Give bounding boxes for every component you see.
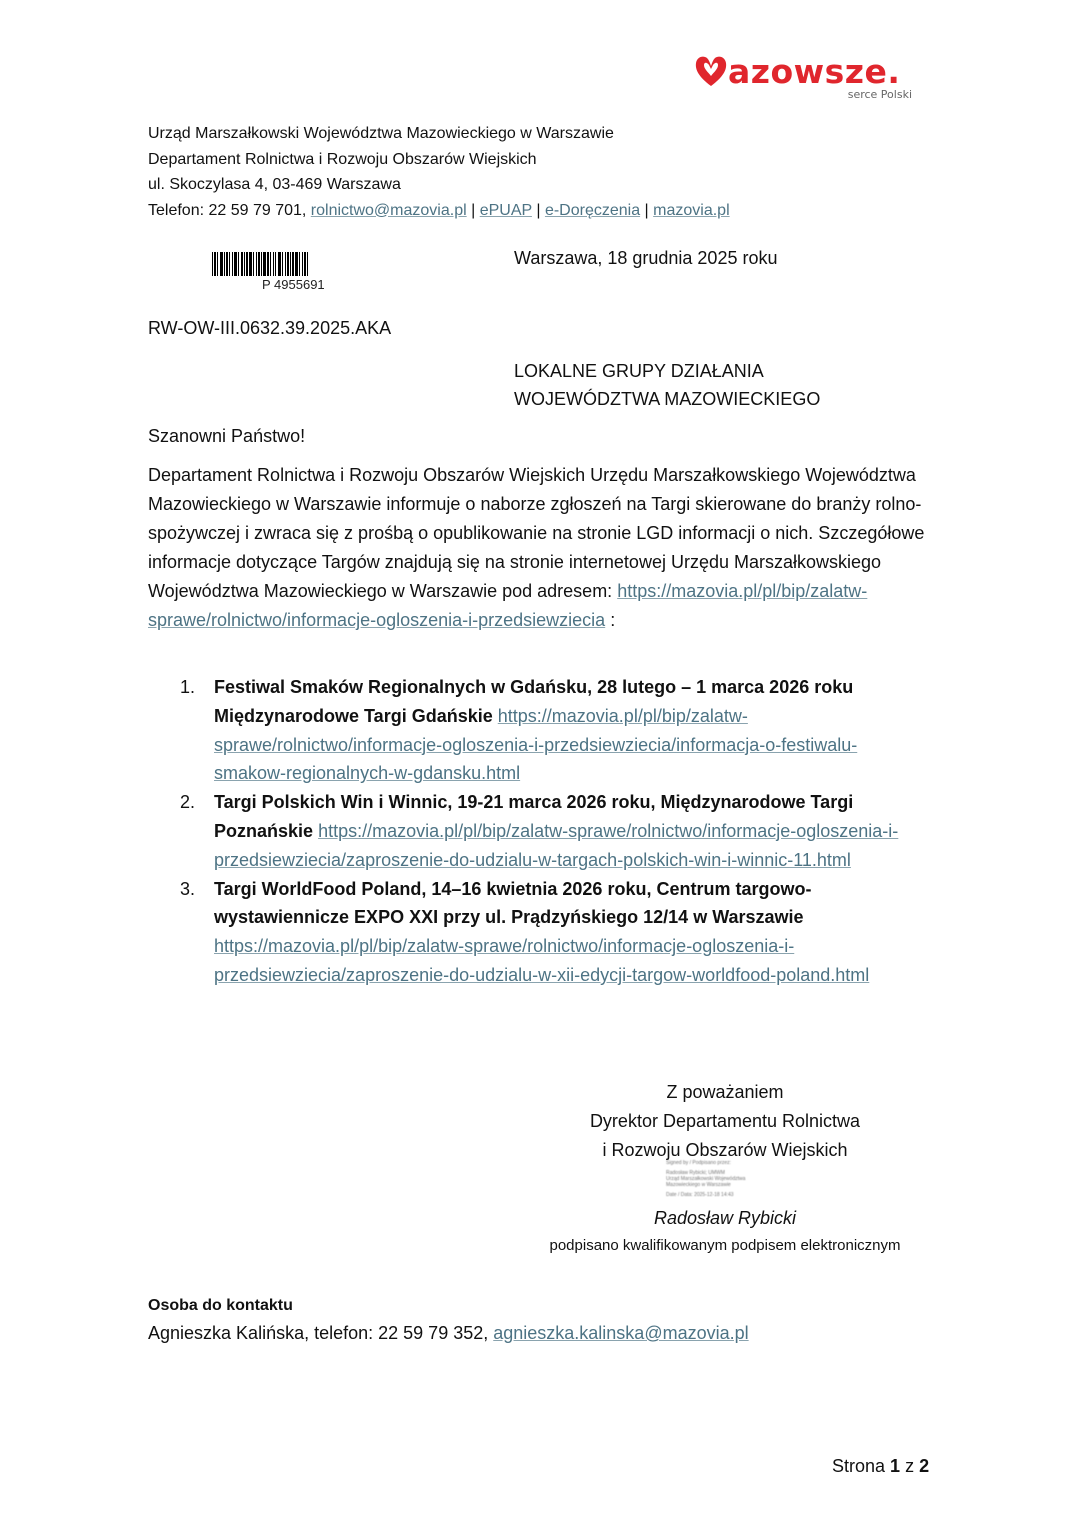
recipient: LOKALNE GRUPY DZIAŁANIA WOJEWÓDZTWA MAZO… — [514, 357, 820, 413]
list-item: 1. Festiwal Smaków Regionalnych w Gdańsk… — [180, 673, 920, 788]
closing-block: Z poważaniem Dyrektor Departamentu Rolni… — [520, 1078, 930, 1165]
page-number: Strona 1 z 2 — [832, 1456, 929, 1477]
page-of: z — [900, 1456, 919, 1476]
body-paragraph: Departament Rolnictwa i Rozwoju Obszarów… — [148, 461, 928, 635]
contact-email-link[interactable]: agnieszka.kalinska@mazovia.pl — [493, 1323, 748, 1343]
barcode-bars — [212, 252, 387, 276]
office-name: Urząd Marszałkowski Województwa Mazowiec… — [148, 121, 730, 147]
salutation: Z poważaniem — [520, 1078, 930, 1107]
contact-line: Agnieszka Kalińska, telefon: 22 59 79 35… — [148, 1323, 749, 1344]
reference-number: RW-OW-III.0632.39.2025.AKA — [148, 318, 391, 339]
logo-tagline: serce Polski — [848, 88, 912, 101]
event-link[interactable]: https://mazovia.pl/pl/bip/zalatw-sprawe/… — [214, 821, 898, 870]
letter-date: Warszawa, 18 grudnia 2025 roku — [514, 248, 777, 269]
epuap-link[interactable]: ePUAP — [480, 202, 532, 219]
signer-title-1: Dyrektor Departamentu Rolnictwa — [520, 1107, 930, 1136]
list-item: 3. Targi WorldFood Poland, 14–16 kwietni… — [180, 875, 920, 990]
contact-links-line: Telefon: 22 59 79 701, rolnictwo@mazovia… — [148, 198, 730, 224]
barcode-number: P 4955691 — [212, 277, 387, 292]
logo-text: azowsze. — [728, 52, 900, 91]
event-title: Targi WorldFood Poland, 14–16 kwietnia 2… — [214, 879, 811, 928]
office-address: ul. Skoczylasa 4, 03-469 Warszawa — [148, 172, 730, 198]
list-item: 2. Targi Polskich Win i Winnic, 19-21 ma… — [180, 788, 920, 874]
list-number: 3. — [180, 875, 214, 990]
digital-signature-stamp: Signed by / Podpisano przez: Radosław Ry… — [666, 1160, 776, 1198]
contact-label: Osoba do kontaktu — [148, 1297, 293, 1315]
website-link[interactable]: mazovia.pl — [653, 202, 729, 219]
department-name: Departament Rolnictwa i Rozwoju Obszarów… — [148, 147, 730, 173]
mazowsze-logo: azowsze. serce Polski — [694, 52, 924, 107]
sender-header: Urząd Marszałkowski Województwa Mazowiec… — [148, 121, 730, 223]
edoreczenia-link[interactable]: e-Doręczenia — [545, 202, 640, 219]
phone-text: Telefon: 22 59 79 701, — [148, 202, 311, 219]
event-link[interactable]: https://mazovia.pl/pl/bip/zalatw-sprawe/… — [214, 936, 869, 985]
signature-note: podpisano kwalifikowanym podpisem elektr… — [520, 1237, 930, 1254]
current-page: 1 — [890, 1456, 900, 1476]
list-number: 2. — [180, 788, 214, 874]
list-number: 1. — [180, 673, 214, 788]
page-prefix: Strona — [832, 1456, 890, 1476]
contact-text: Agnieszka Kalińska, telefon: 22 59 79 35… — [148, 1323, 493, 1343]
signature-date: Date / Data: 2025-12-18 14:43 — [666, 1192, 776, 1198]
separator: | — [532, 202, 545, 219]
separator: | — [467, 202, 480, 219]
barcode: P 4955691 — [212, 252, 387, 292]
separator: | — [640, 202, 653, 219]
signer-name: Radosław Rybicki — [520, 1208, 930, 1229]
logo-wordmark: azowsze. — [694, 52, 900, 92]
email-link[interactable]: rolnictwo@mazovia.pl — [311, 202, 467, 219]
greeting: Szanowni Państwo! — [148, 426, 305, 447]
heart-icon — [694, 52, 728, 90]
recipient-line-2: WOJEWÓDZTWA MAZOWIECKIEGO — [514, 385, 820, 413]
recipient-line-1: LOKALNE GRUPY DZIAŁANIA — [514, 357, 820, 385]
events-list: 1. Festiwal Smaków Regionalnych w Gdańsk… — [180, 673, 920, 990]
total-pages: 2 — [919, 1456, 929, 1476]
body-suffix: : — [605, 610, 615, 630]
